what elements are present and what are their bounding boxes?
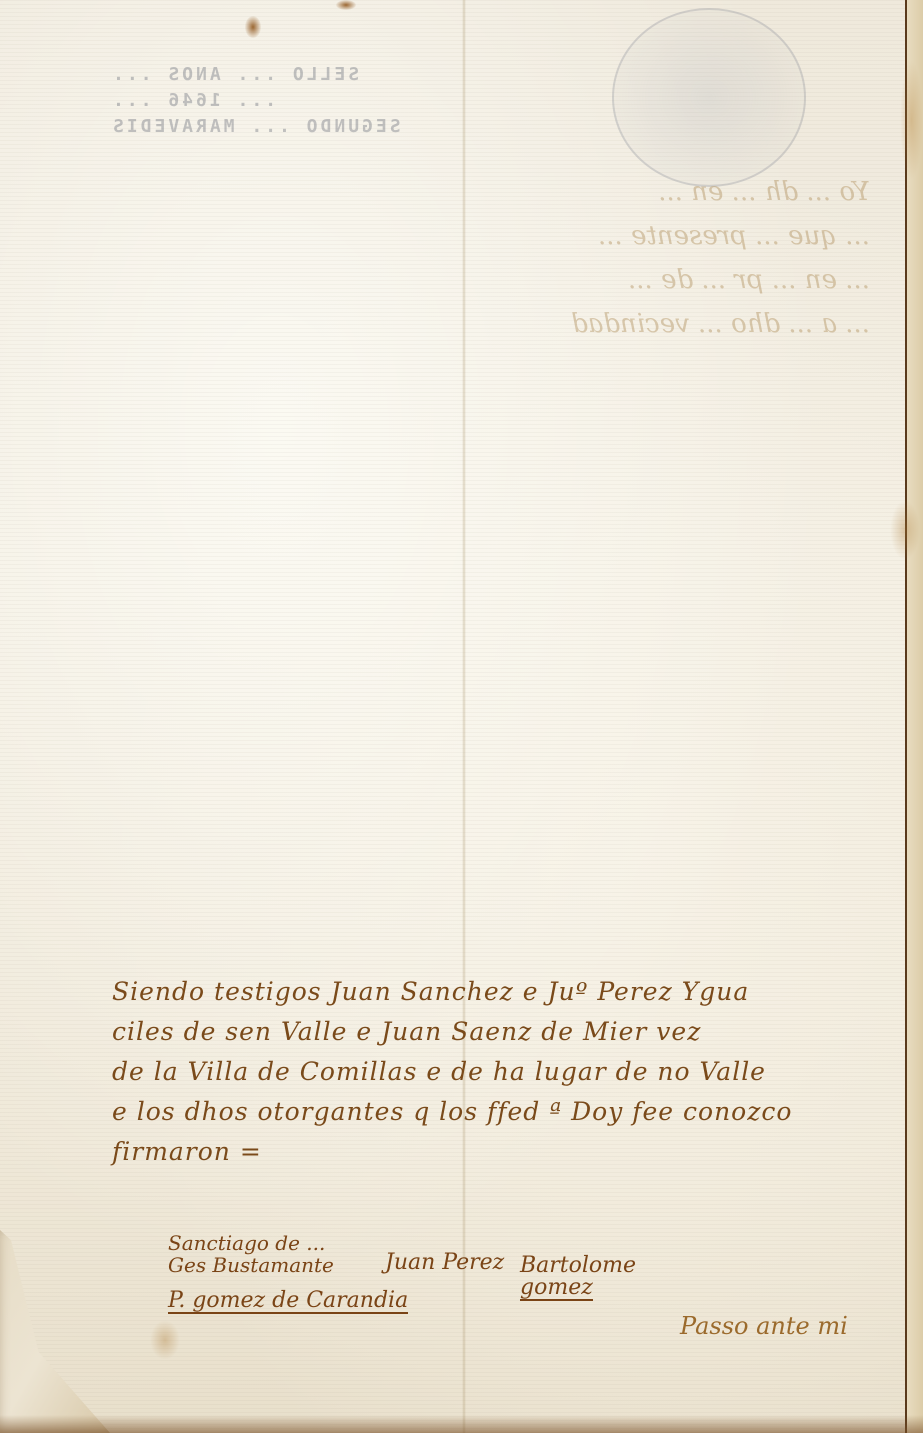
body-line: de la Villa de Comillas e de ha lugar de… [112,1052,912,1092]
body-line: Siendo testigos Juan Sanchez e Juº Perez… [112,972,912,1012]
ink-spot [336,0,356,10]
bleed-line: Yo ... dh ... en ... [110,170,870,214]
signature-line: Bartolome [520,1255,636,1277]
body-line: firmaron = [112,1132,912,1172]
body-line: e los dhos otorgantes q los ffed ª Doy f… [112,1092,912,1132]
manuscript-page: SELLO ... ANOS ... ... 1646 ... SEGUNDO … [0,0,923,1433]
notary-attestation: Passo ante mi [680,1312,848,1340]
edge-stain [900,60,923,180]
water-stain [890,500,920,560]
signature-middle: Juan Perez [385,1250,504,1275]
reverse-text-bleed-through: Yo ... dh ... en ... ... que ... present… [110,170,870,360]
signature-line: Ges Bustamante [168,1254,408,1276]
ink-spot [245,16,261,38]
bleed-line: ... que ... presente ... [110,214,870,258]
signature-block-left: Sanctiago de ... Ges Bustamante P. gomez… [168,1232,408,1314]
page-edge-right [905,0,923,1433]
signature-line: P. gomez de Carandia [168,1290,408,1314]
signature-right: Bartolome gomez [520,1255,636,1301]
water-stain [150,1320,180,1360]
bleed-line: ... en ... pr ... de ... [110,258,870,302]
bleed-line: ... a ... dho ... vecindad [110,302,870,346]
stamp-line: SELLO ... ANOS ... [110,62,670,88]
body-line: ciles de sen Valle e Juan Saenz de Mier … [112,1012,912,1052]
stamp-line: ... 1646 ... [110,88,670,114]
signature-line: Sanctiago de ... [168,1232,408,1254]
stamp-line: SEGUNDO ... MARAVEDIS [110,114,670,140]
handwritten-body: Siendo testigos Juan Sanchez e Juº Perez… [112,972,912,1172]
signature-line: gomez [520,1277,593,1301]
stamp-bleed-through: SELLO ... ANOS ... ... 1646 ... SEGUNDO … [110,62,670,157]
page-edge-bottom [0,1415,923,1433]
